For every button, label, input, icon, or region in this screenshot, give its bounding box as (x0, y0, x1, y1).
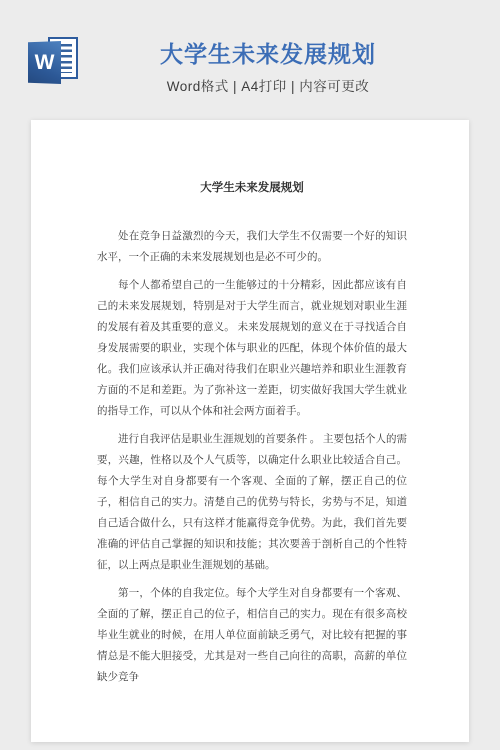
document-paragraph: 进行自我评估是职业生涯规划的首要条件 。 主要包括个人的需要，兴趣，性格以及个人… (97, 429, 407, 576)
document-paragraph: 处在竞争日益激烈的今天，我们大学生不仅需要一个好的知识水平，一个正确的未来发展规… (97, 226, 407, 268)
header: W 大学生未来发展规划 Word格式 | A4打印 | 内容可更改 (0, 0, 500, 120)
word-icon: W (28, 37, 80, 84)
word-icon-w-tile: W (28, 41, 61, 84)
document-page: 大学生未来发展规划 处在竞争日益激烈的今天，我们大学生不仅需要一个好的知识水平，… (31, 120, 469, 742)
header-text: 大学生未来发展规划 Word格式 | A4打印 | 内容可更改 (80, 42, 456, 95)
document-paragraph: 第一，个体的自我定位。每个大学生对自身都要有一个客观、全面的了解，摆正自己的位子… (97, 583, 407, 688)
word-icon-letter: W (35, 51, 55, 75)
screen: { "header": { "icon_letter": "W", "title… (0, 0, 500, 750)
document-paragraph: 每个人都希望自己的一生能够过的十分精彩，因此都应该有自己的未来发展规划，特别是对… (97, 275, 407, 422)
page-title: 大学生未来发展规划 (80, 42, 456, 67)
document-title: 大学生未来发展规划 (97, 178, 407, 199)
format-info: Word格式 | A4打印 | 内容可更改 (80, 75, 456, 95)
